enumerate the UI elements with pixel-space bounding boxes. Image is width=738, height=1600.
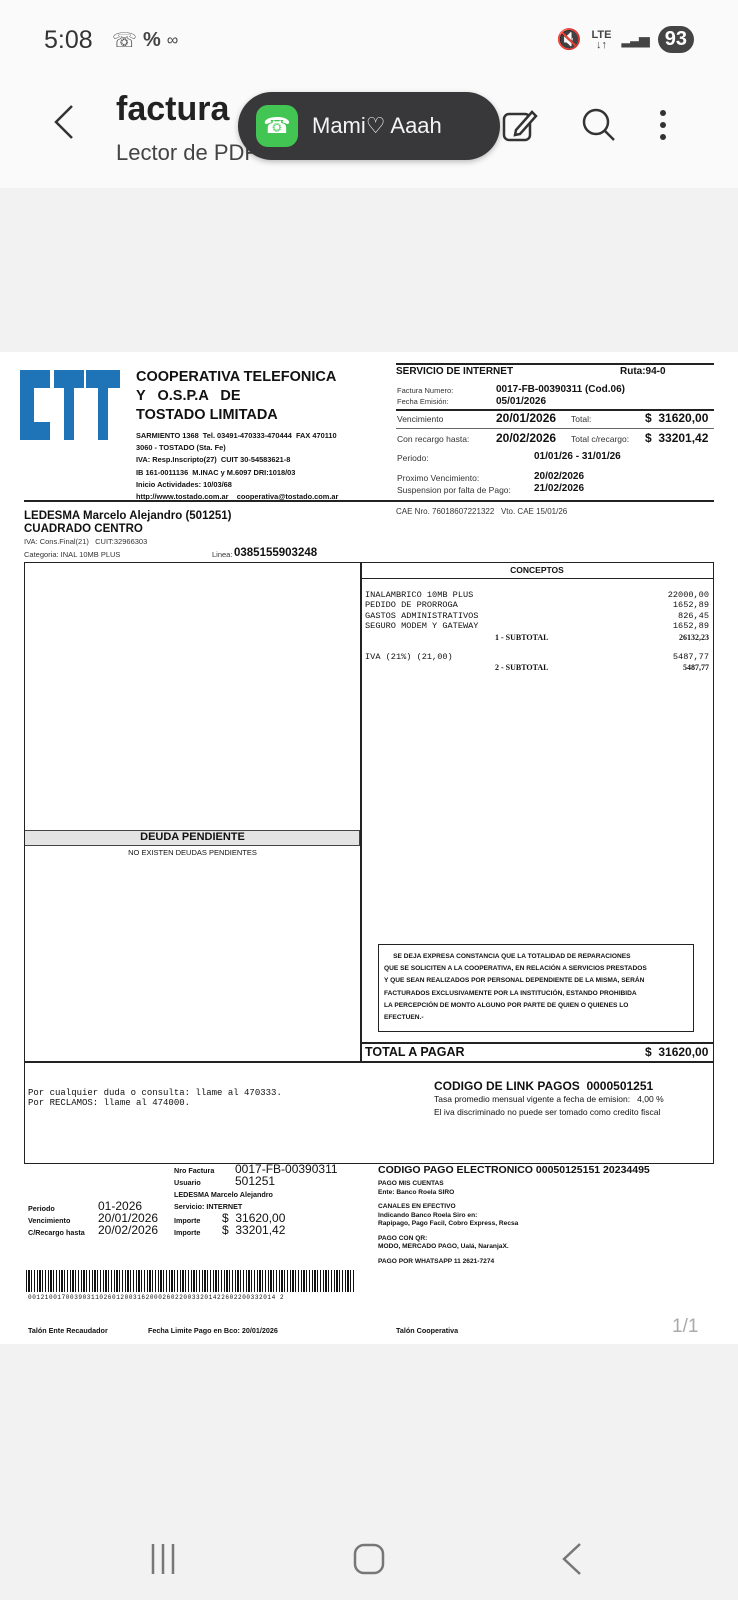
app-bar: factura Lector de PDF ☎ Mami♡ Aaah — [0, 80, 738, 188]
invoice-number: 0017-FB-00390311 (Cod.06) — [496, 384, 625, 395]
back-button[interactable] — [52, 102, 82, 146]
stub-customer-name: LEDESMA Marcelo Alejandro — [174, 1190, 273, 1199]
concept-row: GASTOS ADMINISTRATIVOS826,45 — [365, 611, 709, 621]
concept-row: PEDIDO DE PRORROGA1652,89 — [365, 600, 709, 610]
concept-row: INALAMBRICO 10MB PLUS22000,00 — [365, 590, 709, 600]
cae-number: CAE Nro. 76018607221322 Vto. CAE 15/01/2… — [396, 507, 567, 516]
file-title: factura — [116, 90, 229, 129]
total-amount: $ 31620,00 — [645, 411, 708, 425]
barcode-digits: 0012100170039031102601200316200026022003… — [28, 1294, 284, 1301]
home-icon — [352, 1542, 386, 1576]
signal-icon: ▂▃▅ — [621, 31, 647, 48]
company-info: SARMIENTO 1368 Tel. 03491-470333-470444 … — [136, 430, 338, 503]
surcharge-date: 20/02/2026 — [496, 431, 556, 445]
debt-status: NO EXISTEN DEUDAS PENDIENTES — [25, 848, 360, 857]
nav-back-button[interactable] — [560, 1542, 584, 1581]
customer-iva: IVA: Cons.Final(21) CUIT:32966303 — [24, 537, 147, 546]
search-icon — [580, 106, 618, 144]
status-bar: 5:08 ☏ % ∞ 🔇 LTE↓↑ ▂▃▅ 93 — [0, 0, 738, 80]
ruta: Ruta:94-0 — [620, 366, 666, 377]
period: 01/01/26 - 31/01/26 — [534, 451, 621, 462]
emission-date: 05/01/2026 — [496, 396, 546, 407]
line-number: 0385155903248 — [234, 547, 317, 559]
iva-note: El iva discriminado no puede ser tomado … — [434, 1107, 660, 1117]
navigation-bar — [0, 1520, 738, 1600]
chevron-left-icon — [52, 102, 76, 142]
payment-channels: PAGO MIS CUENTAS Ente: Banco Roela SIRO … — [378, 1180, 518, 1266]
stub-service: Servicio: INTERNET — [174, 1202, 242, 1211]
repairs-notice: SE DEJA EXPRESA CONSTANCIA QUE LA TOTALI… — [378, 944, 694, 1032]
link-pagos-code: CODIGO DE LINK PAGOS 0000501251 — [434, 1079, 653, 1093]
total-to-pay-label: TOTAL A PAGAR — [365, 1045, 465, 1059]
subtotal-2-row: 2 - SUBTOTAL5487,77 — [365, 662, 709, 674]
due-date: 20/01/2026 — [496, 411, 556, 425]
percent-icon: % — [143, 29, 161, 52]
more-icon — [656, 106, 670, 144]
concepts-list: INALAMBRICO 10MB PLUS22000,00 PEDIDO DE … — [365, 590, 709, 674]
customer-address: CUADRADO CENTRO — [24, 523, 143, 535]
file-subtitle: Lector de PDF — [116, 140, 258, 166]
stub-surcharge-date: 20/02/2026 — [98, 1223, 158, 1237]
edit-button[interactable] — [500, 106, 538, 152]
battery-indicator: 93 — [658, 26, 694, 53]
concept-row: SEGURO MODEM Y GATEWAY1652,89 — [365, 621, 709, 631]
recents-icon — [145, 1542, 181, 1576]
edit-icon — [500, 106, 538, 144]
suspension-date: 21/02/2026 — [534, 483, 584, 494]
toast-text: Mami♡ Aaah — [312, 113, 442, 139]
customer-name: LEDESMA Marcelo Alejandro (501251) — [24, 510, 232, 522]
search-button[interactable] — [580, 106, 618, 152]
back-icon — [560, 1542, 584, 1576]
total-to-pay-value: $ 31620,00 — [645, 1045, 708, 1059]
stub-surcharge-amount: $ 33201,42 — [222, 1223, 285, 1237]
interest-rate: Tasa promedio mensual vigente a fecha de… — [434, 1094, 664, 1104]
status-time: 5:08 — [44, 26, 93, 55]
page-indicator: 1/1 — [672, 1316, 698, 1338]
contact-info: Por cualquier duda o consulta: llame al … — [28, 1088, 282, 1108]
iva-row: IVA (21%) (21,00)5487,77 — [365, 652, 709, 662]
subtotal-1-row: 1 - SUBTOTAL26132,23 — [365, 632, 709, 644]
concepts-header: CONCEPTOS — [360, 565, 714, 575]
next-due-date: 20/02/2026 — [534, 471, 584, 482]
company-name: COOPERATIVA TELEFONICA Y O.S.P.A DE TOST… — [136, 368, 336, 425]
customer-category: Categoria: INAL 10MB PLUS — [24, 550, 120, 559]
pdf-page[interactable]: COOPERATIVA TELEFONICA Y O.S.P.A DE TOST… — [0, 352, 738, 1344]
recents-button[interactable] — [145, 1542, 181, 1581]
home-button[interactable] — [352, 1542, 386, 1581]
whatsapp-notification-toast[interactable]: ☎ Mami♡ Aaah — [238, 92, 500, 160]
debt-header: DEUDA PENDIENTE — [25, 831, 360, 843]
more-options-button[interactable] — [656, 106, 670, 152]
stub-user: 501251 — [235, 1174, 275, 1188]
whatsapp-icon: ☎ — [256, 105, 298, 147]
ctt-logo-icon — [20, 370, 120, 440]
barcode — [26, 1270, 356, 1292]
mute-icon: 🔇 — [557, 27, 582, 52]
service-title: SERVICIO DE INTERNET — [396, 366, 513, 377]
electronic-payment-code: CODIGO PAGO ELECTRONICO 00050125151 2023… — [378, 1164, 650, 1176]
voicemail-icon: ∞ — [167, 32, 178, 50]
lte-icon: LTE↓↑ — [591, 30, 611, 50]
total-surcharge-amount: $ 33201,42 — [645, 431, 708, 445]
whatsapp-icon: ☏ — [112, 28, 137, 53]
